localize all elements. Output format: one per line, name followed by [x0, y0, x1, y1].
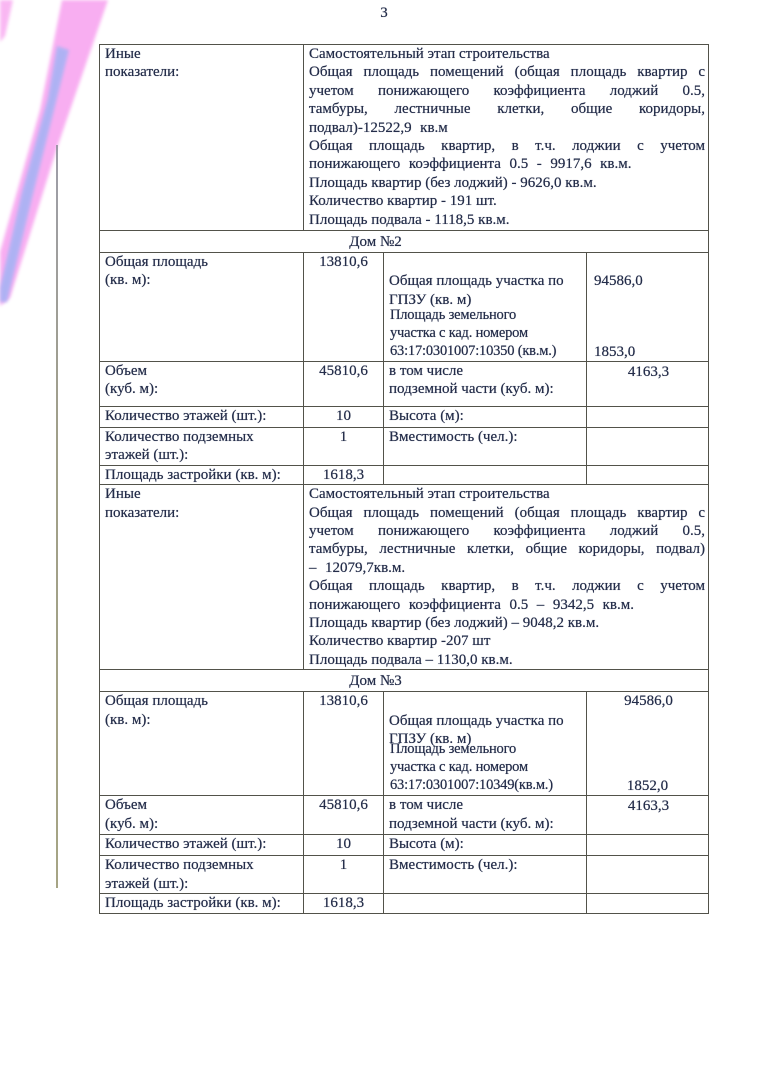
house2-underground-volume-value-cell: 4163,3	[587, 362, 709, 407]
house2-floors-label-cell: Количество этажей (шт.):	[100, 407, 304, 428]
scan-edge-line	[56, 145, 58, 888]
house2-underground-floors-value-cell: 1	[304, 428, 384, 466]
house2-plot-area-label-cell: Общая площадь участка по ГПЗУ (кв. м) Пл…	[384, 253, 587, 362]
house2-height-value-cell	[587, 407, 709, 428]
construction-indicators-table: Иные показатели: Самостоятельный этап ст…	[99, 44, 709, 914]
house2-floors-value-cell: 10	[304, 407, 384, 428]
house2-plot-area-value-cell: 94586,0 1853,0	[587, 253, 709, 362]
house2-floors-row: Количество этажей (шт.): 10 Высота (м):	[100, 407, 709, 428]
page-number: 3	[348, 5, 420, 22]
house3-underground-volume-value-cell: 4163,3	[587, 796, 709, 835]
paragraph-line: Площадь подвала - 1118,5 кв.м.	[309, 211, 705, 229]
house1-other-content-cell: Самостоятельный этап строительства Общая…	[304, 45, 709, 231]
cadastral-label: Площадь земельного участка с кад. номеро…	[390, 740, 586, 794]
blue-highlight-mark	[0, 46, 69, 302]
house3-floors-label-cell: Количество этажей (шт.):	[100, 835, 304, 856]
house3-volume-label-cell: Объем (куб. м):	[100, 796, 304, 835]
paragraph-line: Общая площадь помещений (общая площадь к…	[309, 504, 705, 578]
house2-capacity-label-cell: Вместимость (чел.):	[384, 428, 587, 466]
house3-capacity-value-cell	[587, 856, 709, 894]
cadastral-label: Площадь земельного участка с кад. номеро…	[390, 306, 586, 360]
house2-footprint-value-cell: 1618,3	[304, 465, 384, 484]
house2-volume-label-cell: Объем (куб. м):	[100, 362, 304, 407]
cadastral-value: 1852,0	[587, 777, 708, 795]
paragraph-line: Самостоятельный этап строительства	[309, 485, 705, 503]
house2-footprint-row: Площадь застройки (кв. м): 1618,3	[100, 465, 709, 484]
house2-area-row: Общая площадь (кв. м): 13810,6 Общая пло…	[100, 253, 709, 362]
house3-height-label-cell: Высота (м):	[384, 835, 587, 856]
house3-plot-area-value-cell: 94586,0 1852,0	[587, 692, 709, 796]
house3-underground-volume-label-cell: в том числе подземной части (куб. м):	[384, 796, 587, 835]
house3-underground-floors-label-cell: Количество подземных этажей (шт.):	[100, 856, 304, 894]
corner-pink-mark	[0, 0, 13, 42]
plot-area-label: Общая площадь участка по ГПЗУ (кв. м)	[389, 273, 564, 307]
house3-underground-floors-value-cell: 1	[304, 856, 384, 894]
house3-title: Дом №3	[100, 670, 709, 692]
house3-footprint-label-cell: Площадь застройки (кв. м):	[100, 894, 304, 913]
house3-plot-area-label-cell: Общая площадь участка по ГПЗУ (кв. м) Пл…	[384, 692, 587, 796]
house3-volume-value-cell: 45810,6	[304, 796, 384, 835]
house3-title-row: Дом №3	[100, 670, 709, 692]
plot-area-value: 94586,0	[592, 272, 705, 290]
house1-other-label-cell: Иные показатели:	[100, 45, 304, 231]
house3-empty-cell	[384, 894, 587, 913]
paragraph-line: Площадь квартир (без лоджий) – 9048,2 кв…	[309, 614, 705, 632]
house2-other-row: Иные показатели: Самостоятельный этап ст…	[100, 485, 709, 670]
paragraph-line: Площадь подвала – 1130,0 кв.м.	[309, 651, 705, 669]
house3-footprint-value-cell: 1618,3	[304, 894, 384, 913]
paragraph-line: Общая площадь квартир, в т.ч. лоджии с у…	[309, 577, 705, 614]
house2-underground-floors-row: Количество подземных этажей (шт.): 1 Вме…	[100, 428, 709, 466]
paragraph-line: Общая площадь квартир, в т.ч. лоджии с у…	[309, 137, 705, 174]
house2-empty-cell	[587, 465, 709, 484]
house3-volume-row: Объем (куб. м): 45810,6 в том числе подз…	[100, 796, 709, 835]
house3-total-area-value-cell: 13810,6	[304, 692, 384, 796]
house2-empty-cell	[384, 465, 587, 484]
paragraph-line: Площадь квартир (без лоджий) - 9626,0 кв…	[309, 174, 705, 192]
house2-footprint-label-cell: Площадь застройки (кв. м):	[100, 465, 304, 484]
house3-capacity-label-cell: Вместимость (чел.):	[384, 856, 587, 894]
house2-underground-volume-label-cell: в том числе подземной части (куб. м):	[384, 362, 587, 407]
scanned-document-page: 3 Иные показатели: Самостоятельный этап …	[0, 0, 757, 1080]
house3-height-value-cell	[587, 835, 709, 856]
paragraph-line: Самостоятельный этап строительства	[309, 45, 705, 63]
house2-total-area-value-cell: 13810,6	[304, 253, 384, 362]
house3-area-row: Общая площадь (кв. м): 13810,6 Общая пло…	[100, 692, 709, 796]
house3-floors-row: Количество этажей (шт.): 10 Высота (м):	[100, 835, 709, 856]
house2-volume-row: Объем (куб. м): 45810,6 в том числе подз…	[100, 362, 709, 407]
house1-other-row: Иные показатели: Самостоятельный этап ст…	[100, 45, 709, 231]
house2-underground-floors-label-cell: Количество подземных этажей (шт.):	[100, 428, 304, 466]
house2-volume-value-cell: 45810,6	[304, 362, 384, 407]
house2-title: Дом №2	[100, 231, 709, 253]
house2-other-content-cell: Самостоятельный этап строительства Общая…	[304, 485, 709, 670]
house2-capacity-value-cell	[587, 428, 709, 466]
paragraph-line: Общая площадь помещений (общая площадь к…	[309, 63, 705, 137]
house3-underground-floors-row: Количество подземных этажей (шт.): 1 Вме…	[100, 856, 709, 894]
house3-footprint-row: Площадь застройки (кв. м): 1618,3	[100, 894, 709, 913]
paragraph-line: Количество квартир - 191 шт.	[309, 192, 705, 210]
house2-height-label-cell: Высота (м):	[384, 407, 587, 428]
house2-other-label-cell: Иные показатели:	[100, 485, 304, 670]
plot-area-value: 94586,0	[592, 692, 705, 710]
house2-title-row: Дом №2	[100, 231, 709, 253]
house2-total-area-label-cell: Общая площадь (кв. м):	[100, 253, 304, 362]
paragraph-line: Количество квартир -207 шт	[309, 632, 705, 650]
house3-empty-cell	[587, 894, 709, 913]
cadastral-value: 1853,0	[594, 343, 635, 361]
house3-total-area-label-cell: Общая площадь (кв. м):	[100, 692, 304, 796]
house3-floors-value-cell: 10	[304, 835, 384, 856]
